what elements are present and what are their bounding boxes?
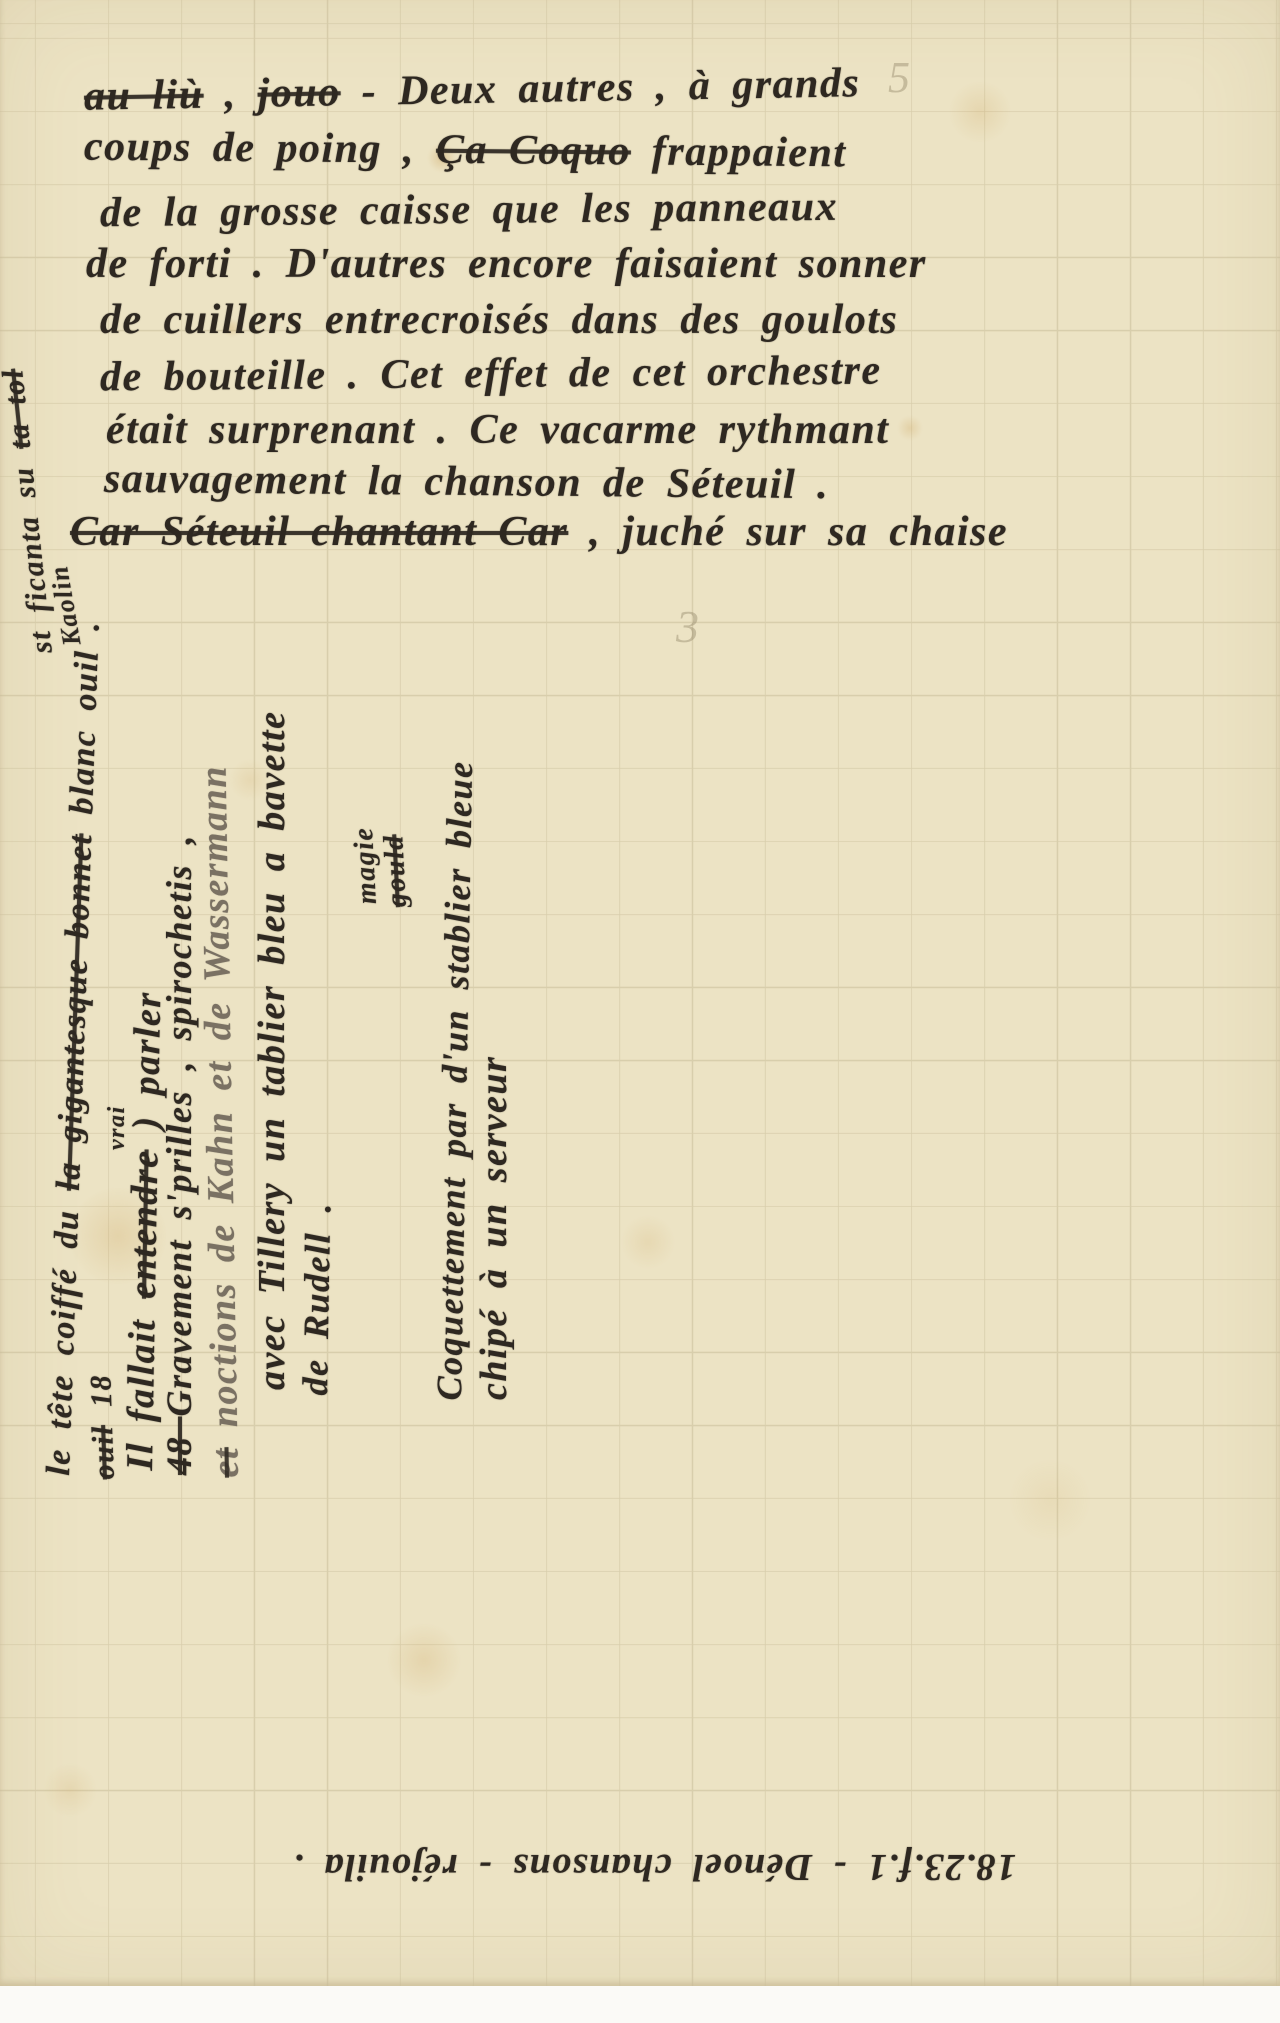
handwriting-text: était surprenant . Ce vacarme rythmant bbox=[106, 407, 889, 453]
manuscript-line: était surprenant . Ce vacarme rythmant bbox=[106, 406, 889, 454]
rotated-line: avec Tillery un tablier bleu a bavette bbox=[250, 711, 294, 1390]
stain-spot bbox=[622, 1216, 674, 1268]
handwriting-text: avec Tillery un tablier bleu a bavette bbox=[251, 711, 293, 1390]
manuscript-line: de forti . D'autres encore faisaient son… bbox=[86, 240, 927, 288]
scanned-page: 53 au liù , jouo - Deux autres , à grand… bbox=[0, 0, 1280, 2023]
rotated-line: chipé à un serveur bbox=[472, 1056, 516, 1400]
struck-text: Ça Coquo bbox=[436, 127, 631, 175]
handwriting-text: frappaient bbox=[631, 128, 847, 176]
manuscript-line: sauvagement la chanson de Séteuil . bbox=[104, 455, 830, 509]
handwriting-text: , juché sur sa chaise bbox=[568, 509, 1008, 555]
manuscript-line: de la grosse caisse que les panneaux bbox=[100, 183, 838, 237]
handwriting-text: vrai bbox=[104, 1105, 130, 1150]
handwriting-text: de Rudell . bbox=[295, 1202, 338, 1396]
rotated-line: de Rudell . bbox=[294, 1202, 339, 1396]
handwriting-text: de cuillers entrecroisés dans des goulot… bbox=[100, 297, 898, 343]
ghost-numeral: 5 bbox=[888, 52, 910, 103]
handwriting-text: - Deux autres , à grands bbox=[340, 60, 860, 115]
rotated-line: vrai bbox=[104, 1105, 131, 1150]
struck-text: gould bbox=[378, 834, 413, 908]
flipped-signature-line: 18.23.f.1 - Dénoel chansons - réjouila . bbox=[250, 1845, 1016, 1889]
ghost-numeral: 3 bbox=[676, 600, 699, 653]
handwriting-text: chipé à un serveur bbox=[473, 1056, 515, 1400]
handwriting-text: de la grosse caisse que les panneaux bbox=[100, 184, 838, 236]
struck-text: ouil bbox=[86, 1425, 121, 1480]
stain-spot bbox=[1010, 1460, 1090, 1540]
struck-text: jouo bbox=[257, 69, 341, 116]
manuscript-line: coups de poing , Ça Coquo frappaient bbox=[84, 123, 847, 178]
manuscript-line: de bouteille . Cet effet de cet orchestr… bbox=[100, 347, 882, 402]
handwriting-text: de bouteille . Cet effet de cet orchestr… bbox=[100, 348, 882, 401]
handwriting-text: blanc ouil . bbox=[62, 620, 106, 834]
stain-spot bbox=[388, 1624, 460, 1696]
handwriting-text: de forti . D'autres encore faisaient son… bbox=[86, 241, 927, 287]
paper-sheet: 53 au liù , jouo - Deux autres , à grand… bbox=[0, 0, 1280, 1986]
handwriting-text: , bbox=[203, 71, 258, 118]
struck-text: au liù bbox=[84, 72, 204, 120]
stain-spot bbox=[898, 416, 922, 440]
handwriting-text: coups de poing , bbox=[84, 124, 436, 173]
struck-text: et bbox=[204, 1447, 247, 1478]
handwriting-text: 18 bbox=[84, 1374, 119, 1426]
handwriting-text: sauvagement la chanson de Séteuil . bbox=[104, 456, 830, 508]
struck-text: Car Séteuil chantant Car bbox=[70, 509, 568, 555]
rotated-line: gould bbox=[378, 834, 414, 908]
struck-text: 48 bbox=[159, 1417, 199, 1476]
rotated-line: ouil 18 bbox=[84, 1374, 122, 1480]
stain-spot bbox=[950, 82, 1010, 142]
manuscript-line: Car Séteuil chantant Car , juché sur sa … bbox=[70, 508, 1008, 556]
handwriting-text: Gravement s'prilles , spirochetis , bbox=[159, 834, 199, 1417]
manuscript-line: de cuillers entrecroisés dans des goulot… bbox=[100, 296, 898, 344]
stain-spot bbox=[44, 1764, 96, 1816]
